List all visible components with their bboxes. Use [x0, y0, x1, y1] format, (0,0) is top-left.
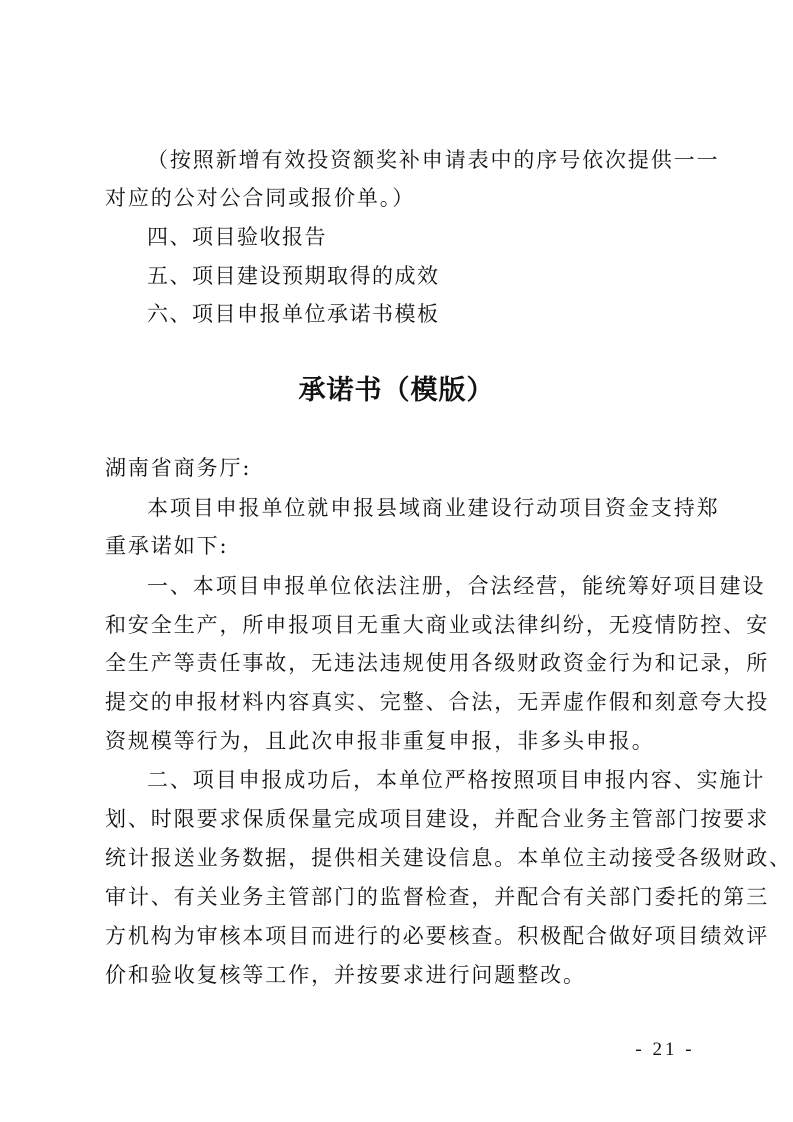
commitment-2-line-1: 二、项目申报成功后，本单位严格按照项目申报内容、实施计: [147, 766, 707, 794]
document-page: （按照新增有效投资额奖补申请表中的序号依次提供一一 对应的公对公合同或报价单。）…: [0, 0, 793, 1122]
commitment-2-line-2: 划、时限要求保质保量完成项目建设，并配合业务主管部门按要求: [105, 805, 705, 833]
commitment-1-line-3: 全生产等责任事故，无违法违规使用各级财政资金行为和记录，所: [105, 649, 705, 677]
page-number: - 21 -: [620, 1038, 710, 1062]
commitment-2-line-3: 统计报送业务数据，提供相关建设信息。本单位主动接受各级财政、: [105, 844, 705, 872]
section-item-5: 五、项目建设预期取得的成效: [147, 262, 707, 290]
intro-note-line-2: 对应的公对公合同或报价单。）: [105, 184, 705, 212]
commitment-2-line-6: 价和验收复核等工作，并按要求进行问题整改。: [105, 961, 705, 989]
section-item-4: 四、项目验收报告: [147, 223, 707, 251]
commitment-1-line-5: 资规模等行为，且此次申报非重复申报，非多头申报。: [105, 727, 705, 755]
commitment-2-line-4: 审计、有关业务主管部门的监督检查，并配合有关部门委托的第三: [105, 883, 705, 911]
commitment-1-line-1: 一、本项目申报单位依法注册，合法经营，能统筹好项目建设: [147, 572, 707, 600]
salutation: 湖南省商务厅:: [105, 454, 705, 482]
document-title: 承诺书（模版）: [0, 374, 793, 408]
intro-note-line-1: （按照新增有效投资额奖补申请表中的序号依次提供一一: [147, 146, 707, 174]
commitment-2-line-5: 方机构为审核本项目而进行的必要核查。积极配合做好项目绩效评: [105, 922, 705, 950]
preamble-line-1: 本项目申报单位就申报县域商业建设行动项目资金支持郑: [147, 494, 707, 522]
commitment-1-line-4: 提交的申报材料内容真实、完整、合法，无弄虚作假和刻意夸大投: [105, 688, 705, 716]
section-item-6: 六、项目申报单位承诺书模板: [147, 300, 707, 328]
commitment-1-line-2: 和安全生产，所申报项目无重大商业或法律纠纷，无疫情防控、安: [105, 611, 705, 639]
preamble-line-2: 重承诺如下:: [105, 532, 705, 560]
